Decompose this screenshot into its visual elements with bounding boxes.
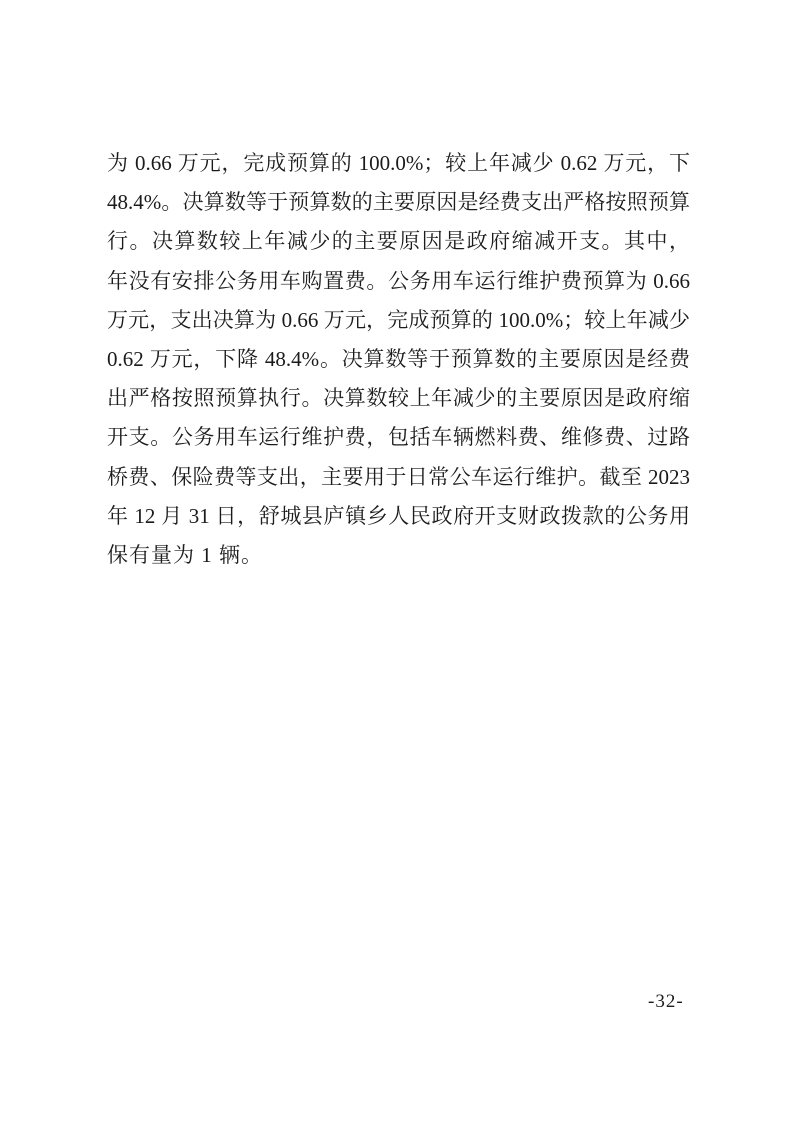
paragraph-line: 48.4%。决算数等于预算数的主要原因是经费支出严格按照预算执 — [107, 183, 690, 222]
paragraph-line: 万元，支出决算为 0.66 万元，完成预算的 100.0%；较上年减少 — [107, 301, 690, 340]
paragraph-line: 年 12 月 31 日，舒城县庐镇乡人民政府开支财政拨款的公务用车 — [107, 497, 690, 536]
page-number: -32- — [648, 991, 684, 1013]
page-background: 为 0.66 万元，完成预算的 100.0%；较上年减少 0.62 万元，下降 … — [0, 0, 793, 1122]
paragraph-line: 桥费、保险费等支出，主要用于日常公车运行维护。截至 2023 — [107, 458, 690, 497]
paragraph-line: 开支。公务用车运行维护费，包括车辆燃料费、维修费、过路过 — [107, 418, 690, 457]
body-paragraph: 为 0.66 万元，完成预算的 100.0%；较上年减少 0.62 万元，下降 … — [107, 144, 690, 575]
paragraph-line: 为 0.66 万元，完成预算的 100.0%；较上年减少 0.62 万元，下降 — [107, 144, 690, 183]
paragraph-line: 年没有安排公务用车购置费。公务用车运行维护费预算为 0.66 — [107, 262, 690, 301]
paragraph-line: 保有量为 1 辆。 — [107, 536, 690, 575]
paragraph-line: 行。决算数较上年减少的主要原因是政府缩减开支。其中，2023 — [107, 222, 690, 261]
paragraph-line: 出严格按照预算执行。决算数较上年减少的主要原因是政府缩减 — [107, 379, 690, 418]
paragraph-line: 0.62 万元，下降 48.4%。决算数等于预算数的主要原因是经费支 — [107, 340, 690, 379]
document-page: { "document": { "paragraph_lines": [ "为 … — [0, 0, 793, 1122]
